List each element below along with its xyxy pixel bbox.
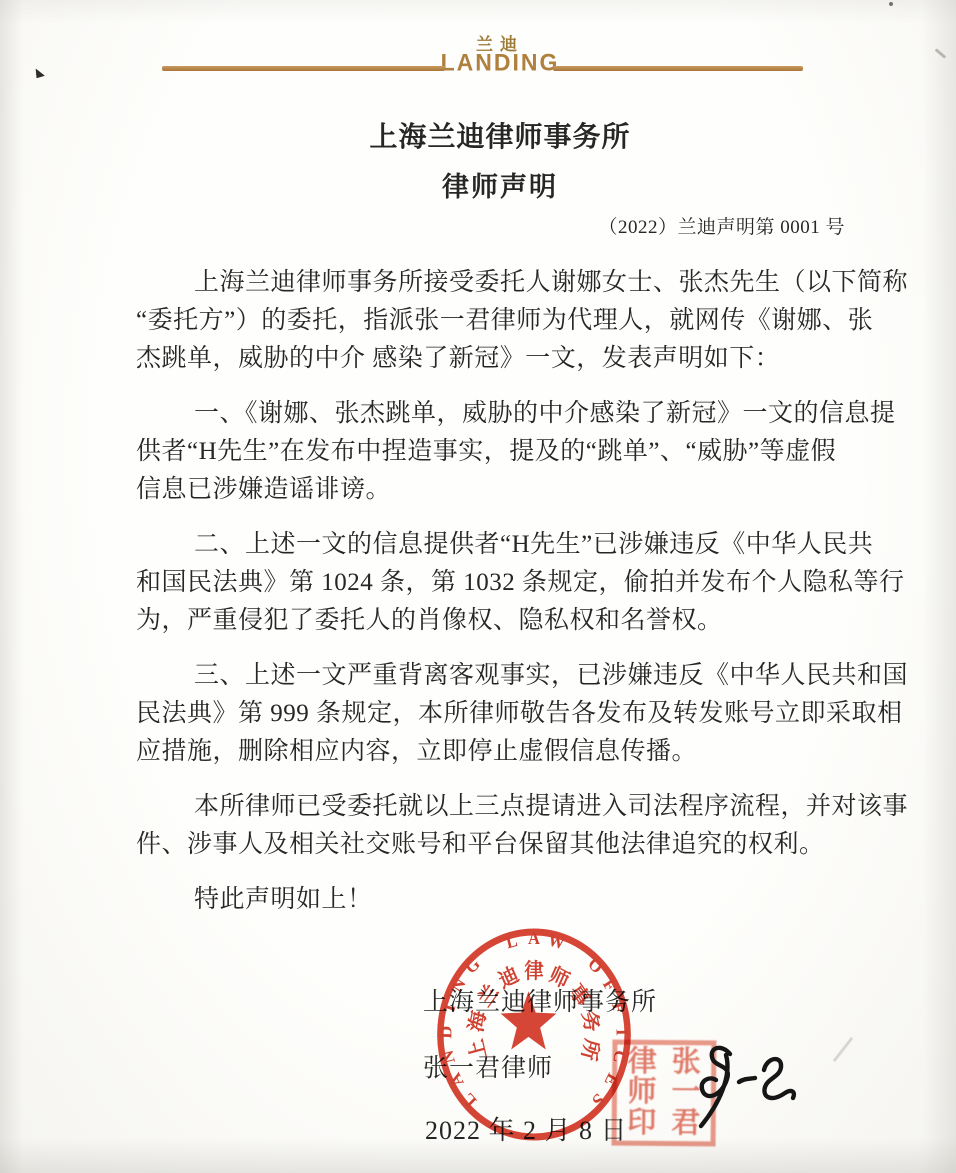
body-line: 本所律师已受委托就以上三点提请进入司法程序流程，并对该事 (136, 788, 896, 826)
gold-rule-left (162, 66, 445, 71)
seal-character: 迪 (495, 961, 522, 993)
body-line: 为，严重侵犯了委托人的肖像权、隐私权和名誉权。 (136, 602, 896, 640)
document-title: 上海兰迪律师事务所 (22, 115, 956, 155)
seal-star-icon (501, 991, 557, 1049)
body-line: 和国民法典》第 1024 条，第 1032 条规定，偷拍并发布个人隐私等行 (136, 564, 896, 602)
gold-rule-right (553, 66, 803, 71)
seal-character: W (546, 930, 567, 954)
seal-character: 师 (546, 961, 573, 993)
paragraph: 上海兰迪律师事务所接受委托人谢娜女士、张杰先生（以下简称“委托方”）的委托，指派… (136, 264, 896, 378)
body-line: 供者“H先生”在发布中捏造事实，提及的“跳单”、“威胁”等虚假 (136, 433, 896, 471)
seal-character: G (462, 954, 484, 978)
body-line: 件、涉事人及相关社交账号和平台保留其他法律追究的权利。 (136, 826, 896, 864)
seal-character: 所 (577, 1037, 604, 1064)
body-line: 特此声明如上！ (136, 881, 896, 919)
seal-character: 事 (565, 979, 595, 1011)
body-line: 杰跳单，威胁的中介 感染了新冠》一文，发表声明如下： (136, 340, 896, 378)
body-line: 民法典》第 999 条规定，本所律师敬告各发布及转发账号立即采取相 (136, 695, 896, 733)
paragraph: 一、《谢娜、张杰跳单，威胁的中介感染了新冠》一文的信息提供者“H先生”在发布中捏… (136, 395, 896, 509)
seal-character: L (459, 1089, 480, 1111)
paragraph: 三、上述一文严重背离客观事实，已涉嫌违反《中华人民共和国民法典》第 999 条规… (136, 657, 896, 771)
logo-wordmark: LANDING (22, 48, 956, 76)
paragraph: 本所律师已受委托就以上三点提请进入司法程序流程，并对该事件、涉事人及相关社交账号… (136, 788, 896, 864)
body-line: 信息已涉嫌造谣诽谤。 (136, 471, 896, 509)
document-subtitle: 律师声明 (22, 165, 956, 204)
seal-character: O (584, 954, 606, 978)
law-firm-round-seal: LANDINGLAWOFFICES 上海兰迪律师事务所 (433, 924, 635, 1145)
seal-character: I (613, 1029, 631, 1037)
body-line: 三、上述一文严重背离客观事实，已涉嫌违反《中华人民共和国 (136, 657, 896, 695)
body-line: 一、《谢娜、张杰跳单，威胁的中介感染了新冠》一文的信息提 (136, 395, 896, 433)
body-line: “委托方”）的委托，指派张一君律师为代理人，就网传《谢娜、张 (136, 302, 896, 340)
seal-character: 律 (524, 958, 544, 983)
body-line: 上海兰迪律师事务所接受委托人谢娜女士、张杰先生（以下简称 (136, 264, 896, 302)
seal-character: D (437, 1026, 455, 1040)
seal-character: A (528, 928, 540, 948)
paragraph: 特此声明如上！ (136, 881, 896, 919)
scan-artifact-dot (889, 2, 893, 6)
seal-character: 上 (465, 1037, 491, 1063)
scan-artifact-smudge (833, 1037, 854, 1062)
seal-character: 务 (578, 1008, 604, 1034)
reference-number: （2022）兰迪声明第 0001 号 (598, 212, 845, 239)
seal-character: 海 (464, 1008, 491, 1035)
body-line: 应措施，删除相应内容，立即停止虚假信息传播。 (136, 733, 896, 771)
handwritten-signature (692, 1042, 804, 1134)
seal-character: 兰 (473, 979, 503, 1011)
statement-body: 上海兰迪律师事务所接受委托人谢娜女士、张杰先生（以下简称“委托方”）的委托，指派… (136, 264, 896, 936)
scanned-legal-statement: 兰迪 LANDING 上海兰迪律师事务所 律师声明 （2022）兰迪声明第 00… (0, 0, 956, 1173)
paragraph: 二、上述一文的信息提供者“H先生”已涉嫌违反《中华人民共和国民法典》第 1024… (136, 526, 896, 640)
body-line: 二、上述一文的信息提供者“H先生”已涉嫌违反《中华人民共 (136, 526, 896, 564)
